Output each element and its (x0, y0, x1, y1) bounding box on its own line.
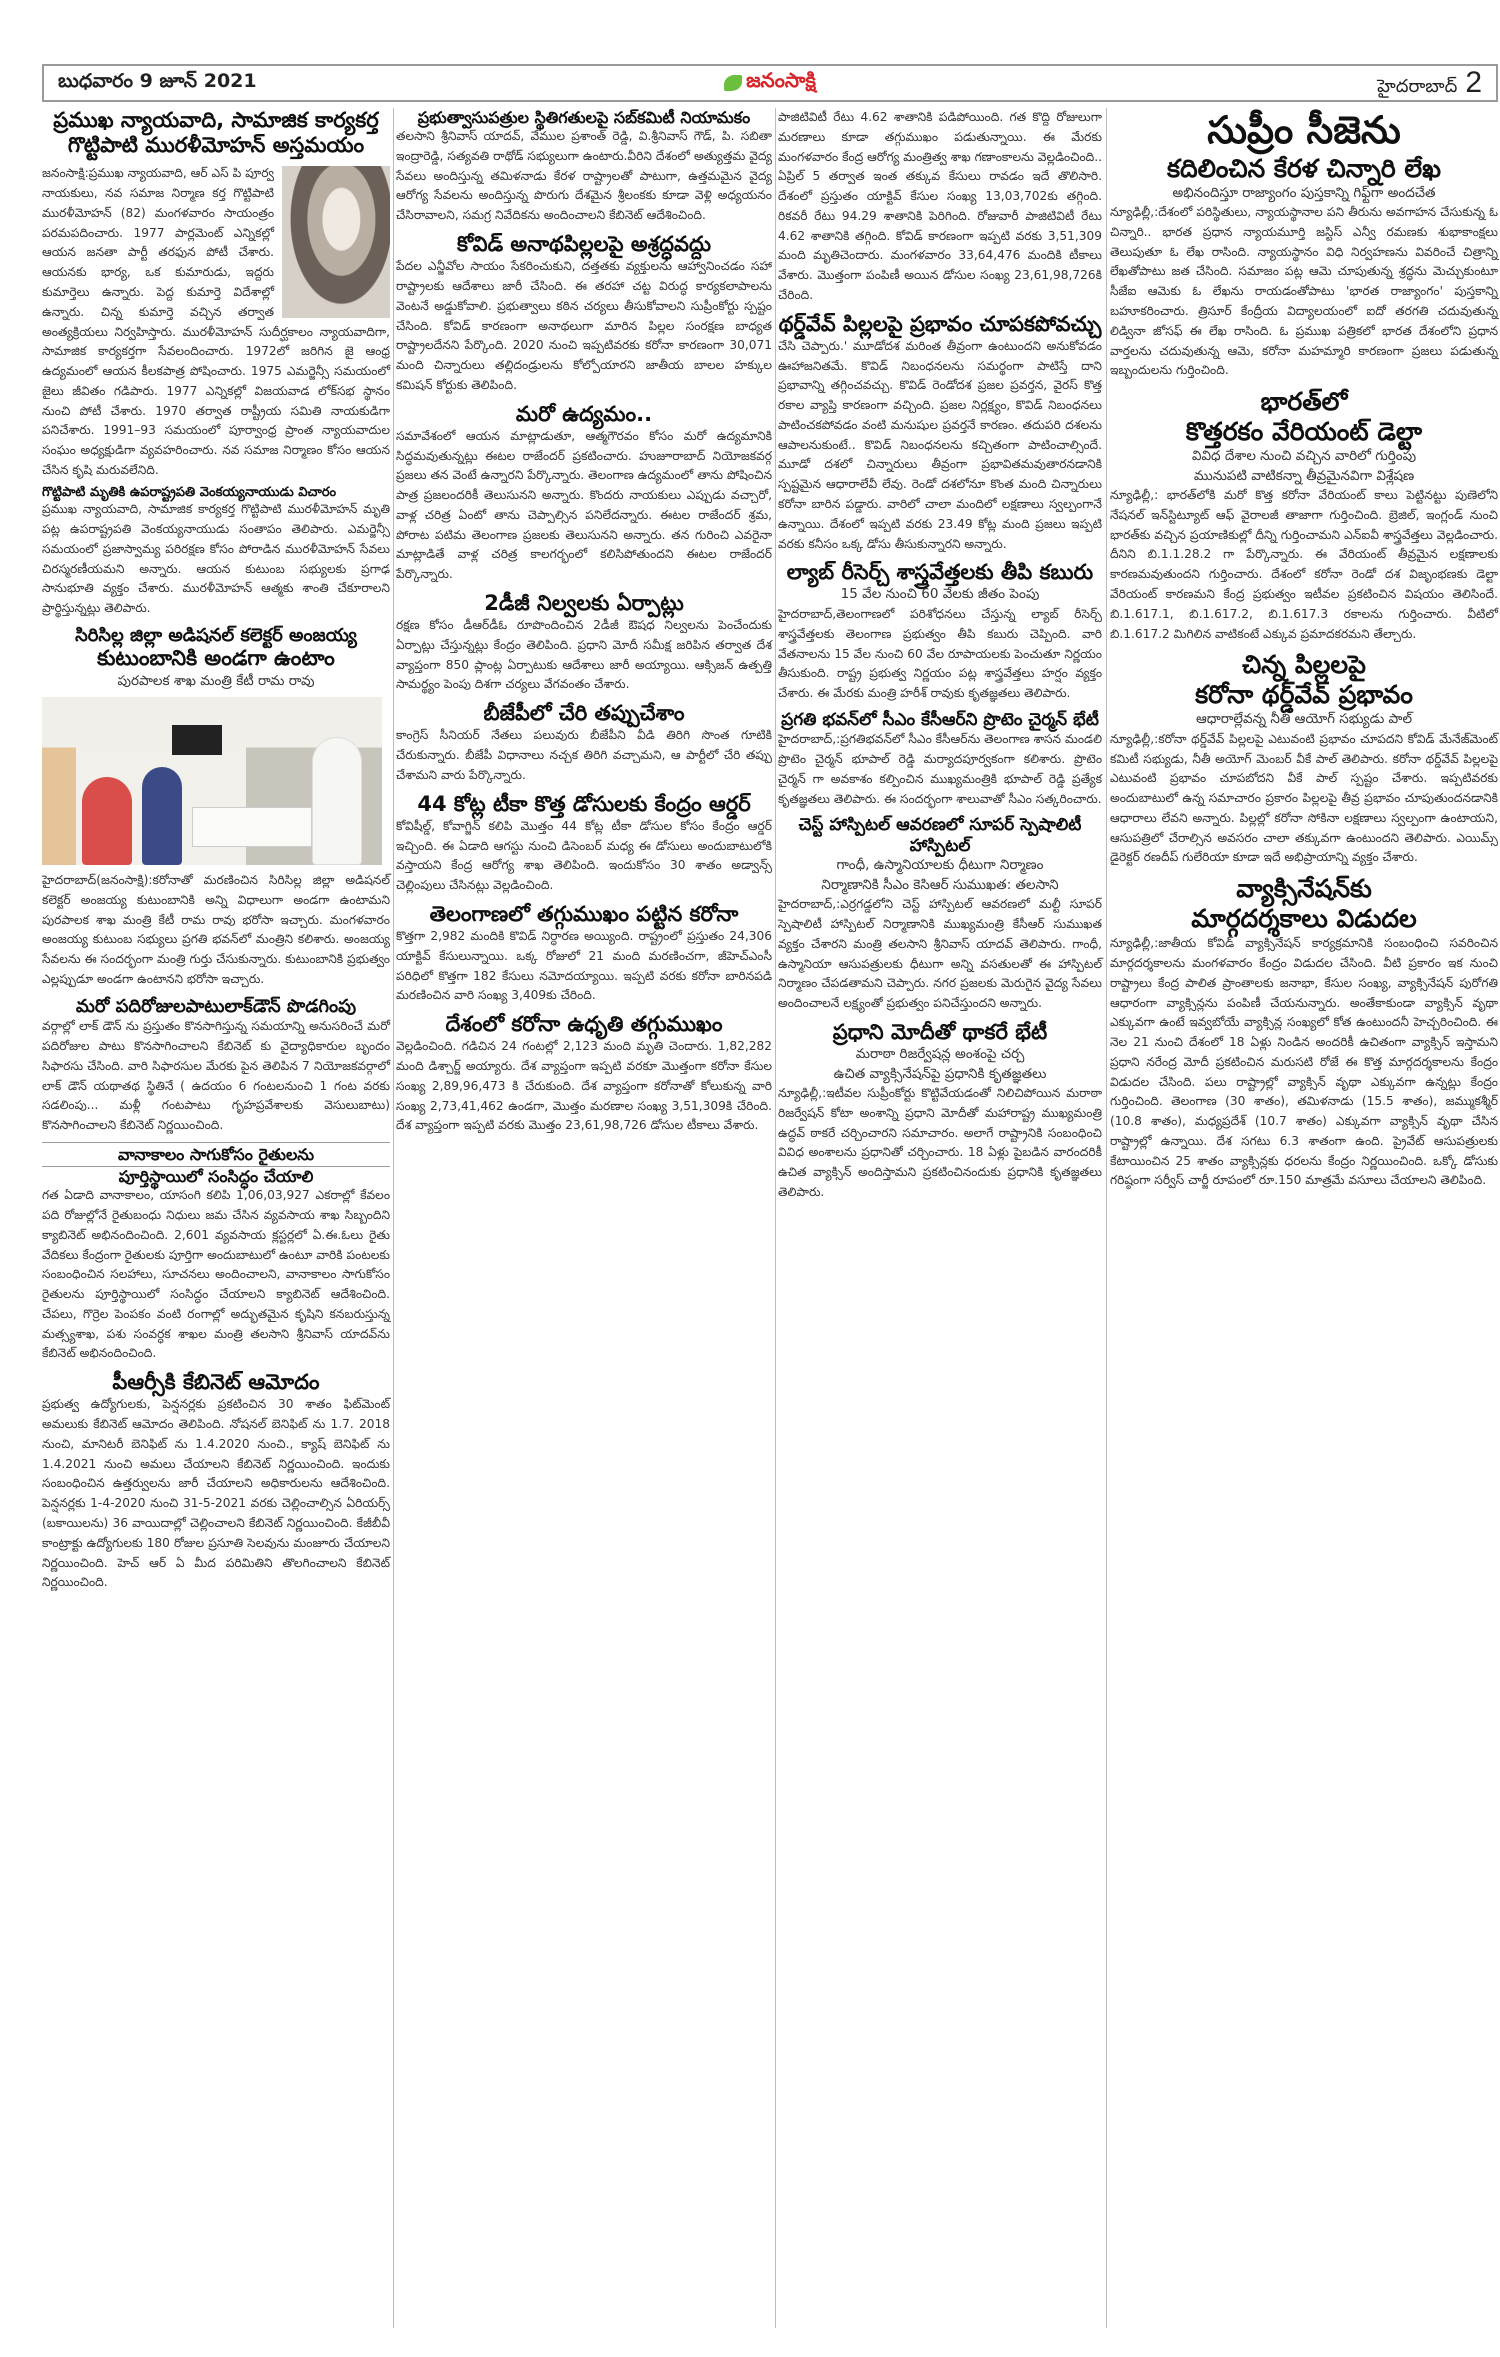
article-body: హైదరాబాద్,:ప్రగతిభవన్‌లో సీఎం కేసీఆర్‌ను… (778, 730, 1102, 809)
headline: బీజేపీలో చేరి తప్పుచేశాం (396, 701, 772, 726)
article-body: పాజిటివిటీ రేటు 4.62 శాతానికి పడిపోయింది… (778, 108, 1102, 306)
subheadline: గొట్టిపాటి మృతికి ఉపరాష్ట్రపతి వెంకయ్యనా… (42, 485, 390, 501)
article-murali-mohan: ప్రముఖ న్యాయవాది, సామాజిక కార్యకర్త గొట్… (42, 108, 390, 619)
subheadline: ఆధారాల్లేవన్న నీతి ఆయోగ్ సభ్యుడు పాల్ (1110, 710, 1498, 730)
article-bjp: బీజేపీలో చేరి తప్పుచేశాం కాంగ్రెస్‌ సీని… (396, 701, 772, 785)
article-positivity: పాజిటివిటీ రేటు 4.62 శాతానికి పడిపోయింది… (778, 108, 1102, 306)
article-third-wave: థర్డ్‌వేవ్ పిల్లలపై ప్రభావం చూపకపోవచ్చు … (778, 312, 1102, 555)
article-lockdown: మరో పదిరోజులపాటులాక్‌డౌన్ పొడగింపు వర్గా… (42, 996, 390, 1136)
headline: దేశంలో కరోనా ఉధృతి తగ్గుముఖం (396, 1012, 772, 1037)
headline: చెస్ట్ హాస్పిటల్ ఆవరణలో సూపర్ స్పెషాలిటీ… (778, 815, 1102, 856)
article-body: ప్రముఖ న్యాయవాది, సామాజిక కార్యకర్త గొట్… (42, 500, 390, 619)
headline-line: కొత్తరకం వేరియంట్ డెల్టా (1110, 417, 1498, 447)
subheadline: మరాఠా రిజర్వేషన్ల అంశంపై చర్చ (778, 1045, 1102, 1065)
article-body: న్యూఢిల్లీ,: భారత్‌లోకి మరో కొత్త కరోనా … (1110, 486, 1498, 644)
masthead: బుధవారం 9 జూన్ 2021 జనంసాక్షి హైదరాబాద్ … (42, 64, 1498, 102)
article-body: వర్గాల్లో లాక్ డౌన్ ను ప్రస్తుతం కొనసాగి… (42, 1017, 390, 1136)
column-1: ప్రముఖ న్యాయవాది, సామాజిక కార్యకర్త గొట్… (42, 108, 390, 1599)
page-number: 2 (1465, 66, 1482, 100)
headline: తెలంగాణలో తగ్గుముఖం పట్టిన కరోనా (396, 902, 772, 927)
article-body: న్యూఢిల్లీ,:ఇటీవల సుప్రీంకోర్టు కొట్టివే… (778, 1084, 1102, 1203)
subheadline: అభినందిస్తూ రాజ్యాంగం పుస్తకాన్ని గిఫ్ట్… (1110, 184, 1498, 204)
article-body: న్యూఢిల్లీ,:దేశంలో పరిస్థితులు, న్యాయస్థ… (1110, 203, 1498, 381)
article-prc: పీఆర్సీకి కేబినెట్ ఆమోదం ప్రభుత్వ ఉద్యోగ… (42, 1370, 390, 1593)
headline: మరో పదిరోజులపాటులాక్‌డౌన్ పొడగింపు (42, 996, 390, 1018)
article-body: వెల్లడించింది. గడిచిన 24 గంటల్లో 2,123 మ… (396, 1037, 772, 1136)
logo-name: జనంసాక్షి (746, 68, 816, 97)
article-orphans: కోవిడ్ అనాథపిల్లలపై అశ్రద్ధవద్దు పేదల ఎన… (396, 232, 772, 396)
meeting-photo (42, 697, 382, 865)
article-national-corona: దేశంలో కరోనా ఉధృతి తగ్గుముఖం వెల్లడించిం… (396, 1012, 772, 1136)
article-body: ప్రభుత్వ ఉద్యోగులకు, పెన్షనర్లకు ప్రకటిం… (42, 1395, 390, 1593)
article-cji-letter: సుప్రీం సీజెను కదిలించిన కేరళ చిన్నారి ల… (1110, 108, 1498, 381)
column-4: సుప్రీం సీజెను కదిలించిన కేరళ చిన్నారి ల… (1110, 108, 1498, 1197)
subheadline: 15 వేల నుంచి 60 వేలకు జీతం పెంపు (778, 585, 1102, 605)
article-body: న్యూఢిల్లీ,:జాతీయ కోవిడ్ వ్యాక్సినేషన్ క… (1110, 934, 1498, 1191)
logo-leaf-icon (724, 75, 742, 91)
issue-date: బుధవారం 9 జూన్ 2021 (58, 70, 257, 97)
headline-line: మార్గదర్శకాలు విడుదల (1110, 904, 1498, 934)
headline-line: కుటుంబానికి అండగా ఉంటాం (42, 646, 390, 671)
article-body: చేసి చెప్పారు.' మూడోదశ మరింత తీవ్రంగా ఉం… (778, 337, 1102, 554)
article-body: గత ఏడాది వానాకాలం, యాసంగి కలిపి 1,06,03,… (42, 1186, 390, 1364)
article-movement: మరో ఉద్యమం.. సమావేశంలో ఆయన మాట్లాడుతూ, ఆ… (396, 402, 772, 585)
subheadline: పూర్తిస్థాయిలో సంసిద్ధం చేయాలి (42, 1167, 390, 1186)
headline: థర్డ్‌వేవ్ పిల్లలపై ప్రభావం చూపకపోవచ్చు (778, 312, 1102, 337)
headline: మరో ఉద్యమం.. (396, 402, 772, 427)
newspaper-logo: జనంసాక్షి (724, 68, 816, 97)
headline: ల్యాబ్ రీసెర్చ్ శాస్త్రవేత్తలకు తీపి కబు… (778, 560, 1102, 585)
article-thackeray: ప్రధాని మోదీతో థాకరే భేటీ మరాఠా రిజర్వేష… (778, 1020, 1102, 1203)
headline-line: చిన్న పిల్లలపై (1110, 650, 1498, 680)
article-body: హైదరాబాద్,తెలంగాణలో పరిశోధనలు చేస్తున్న … (778, 605, 1102, 704)
article-vaccine-order: 44 కోట్ల టీకా కొత్త డోసులకు కేంద్రం ఆర్డ… (396, 792, 772, 896)
article-2dg: 2డీజీ నిల్వలకు ఏర్పాట్లు రక్షణ కోసం డీఆర… (396, 591, 772, 695)
article-body: హైదరాబాద్(జనంసాక్షి):కరోనాతో మరణించిన సి… (42, 871, 390, 990)
headline-line: భారత్‌లో (1110, 387, 1498, 417)
article-anjaiah: సిరిసిల్ల జిల్లా అడిషనల్ కలెక్టర్ అంజయ్య… (42, 625, 390, 990)
article-vaccination-guidelines: వ్యాక్సినేషన్‌కు మార్గదర్శకాలు విడుదల న్… (1110, 874, 1498, 1191)
article-body: తలసాని శ్రీనివాస్ యాదవ్, వేముల ప్రశాంత్ … (396, 127, 772, 226)
headline-line: కదిలించిన కేరళ చిన్నారి లేఖ (1110, 154, 1498, 184)
article-children-third-wave: చిన్న పిల్లలపై కరోనా థర్డ్‌వేవ్ ప్రభావం … (1110, 650, 1498, 868)
article-body: రక్షణ కోసం డీఆర్‌డీఓ రూపొందించిన 2డీజీ ఔ… (396, 616, 772, 695)
article-body: పేదల ఎన్జీవోల సాయం సేకరించుకుని, దత్తతకు… (396, 257, 772, 395)
column-divider (393, 108, 394, 2328)
article-delta-variant: భారత్‌లో కొత్తరకం వేరియంట్ డెల్టా వివిధ … (1110, 387, 1498, 644)
article-telangana-corona: తెలంగాణలో తగ్గుముఖం పట్టిన కరోనా కొత్తగా… (396, 902, 772, 1006)
headline-line: ప్రముఖ న్యాయవాది, సామాజిక కార్యకర్త (42, 108, 390, 133)
headline-line: కరోనా థర్డ్‌వేవ్ ప్రభావం (1110, 680, 1498, 710)
headline: 44 కోట్ల టీకా కొత్త డోసులకు కేంద్రం ఆర్డ… (396, 792, 772, 817)
edition-city: హైదరాబాద్ (1377, 76, 1457, 101)
subheadline: నిర్మాణానికి సీఎం కెసిఆర్ సుముఖత: తలసాని (778, 876, 1102, 896)
article-body: కొత్తగా 2,982 మందికి కొవిడ్ నిర్ధారణ అయ్… (396, 927, 772, 1006)
headline-line: వ్యాక్సినేషన్‌కు (1110, 874, 1498, 904)
headline: 2డీజీ నిల్వలకు ఏర్పాట్లు (396, 591, 772, 616)
article-farmers: వానాకాలం సాగుకోసం రైతులను పూర్తిస్థాయిలో… (42, 1142, 390, 1364)
subheadline: పురపాలక శాఖ మంత్రి కేటీ రామ రావు (42, 672, 390, 692)
headline: పీఆర్సీకి కేబినెట్ ఆమోదం (42, 1370, 390, 1395)
subheadline: మునుపటి వాటికన్నా తీవ్రమైనవిగా విశ్లేషణ (1110, 467, 1498, 487)
article-body: కాంగ్రెస్‌ సీనియర్ నేతలు పలువురు బీజేపీన… (396, 726, 772, 785)
headline-line: గొట్టిపాటి మురళీమోహన్ అస్తమయం (42, 133, 390, 158)
article-protem-chairman: ప్రగతి భవన్‌లో సీఎం కేసీఆర్‌ని ప్రొటెం చ… (778, 710, 1102, 809)
subheadline: గాంధీ, ఉస్మానియాలకు ధీటుగా నిర్మాణం (778, 856, 1102, 876)
column-2: ప్రభుత్వాసుపత్రుల స్థితిగతులపై సబ్‌కమిటీ… (396, 108, 772, 1142)
article-body: సమావేశంలో ఆయన మాట్లాడుతూ, ఆత్మగౌరవం కోసం… (396, 427, 772, 585)
portrait-photo (282, 166, 390, 318)
subheadline: ఉచిత వ్యాక్సినేషన్‌పై ప్రధానికి కృతజ్ఞతల… (778, 1065, 1102, 1085)
headline: ప్రధాని మోదీతో థాకరే భేటీ (778, 1020, 1102, 1045)
article-body: కోవిషీల్డ్, కోవాగ్జిన్ కలిపి మొత్తం 44 క… (396, 817, 772, 896)
column-divider (1106, 108, 1107, 2328)
subheadline: వానాకాలం సాగుకోసం రైతులను (42, 1142, 390, 1167)
headline: కోవిడ్ అనాథపిల్లలపై అశ్రద్ధవద్దు (396, 232, 772, 257)
article-subcommittee: ప్రభుత్వాసుపత్రుల స్థితిగతులపై సబ్‌కమిటీ… (396, 108, 772, 226)
column-divider (775, 108, 776, 2328)
edition-info: హైదరాబాద్ 2 (1377, 66, 1482, 101)
headline: ప్రగతి భవన్‌లో సీఎం కేసీఆర్‌ని ప్రొటెం చ… (778, 710, 1102, 730)
headline: ప్రభుత్వాసుపత్రుల స్థితిగతులపై సబ్‌కమిటీ… (396, 108, 772, 127)
article-lab-research: ల్యాబ్ రీసెర్చ్ శాస్త్రవేత్తలకు తీపి కబు… (778, 560, 1102, 704)
article-chest-hospital: చెస్ట్ హాస్పిటల్ ఆవరణలో సూపర్ స్పెషాలిటీ… (778, 815, 1102, 1014)
column-3: పాజిటివిటీ రేటు 4.62 శాతానికి పడిపోయింది… (778, 108, 1102, 1209)
headline-line: సిరిసిల్ల జిల్లా అడిషనల్ కలెక్టర్ అంజయ్య (42, 625, 390, 647)
subheadline: వివిధ దేశాల నుంచి వచ్చిన వారిలో గుర్తింప… (1110, 447, 1498, 467)
article-body: న్యూఢిల్లీ,:కరోనా థర్డ్‌వేవ్ పిల్లలపై ఎట… (1110, 730, 1498, 868)
headline-line: సుప్రీం సీజెను (1110, 108, 1498, 154)
article-body: హైదరాబాద్,:ఎర్రగడ్డలోని చెస్ట్ హాస్పిటల్… (778, 895, 1102, 1014)
